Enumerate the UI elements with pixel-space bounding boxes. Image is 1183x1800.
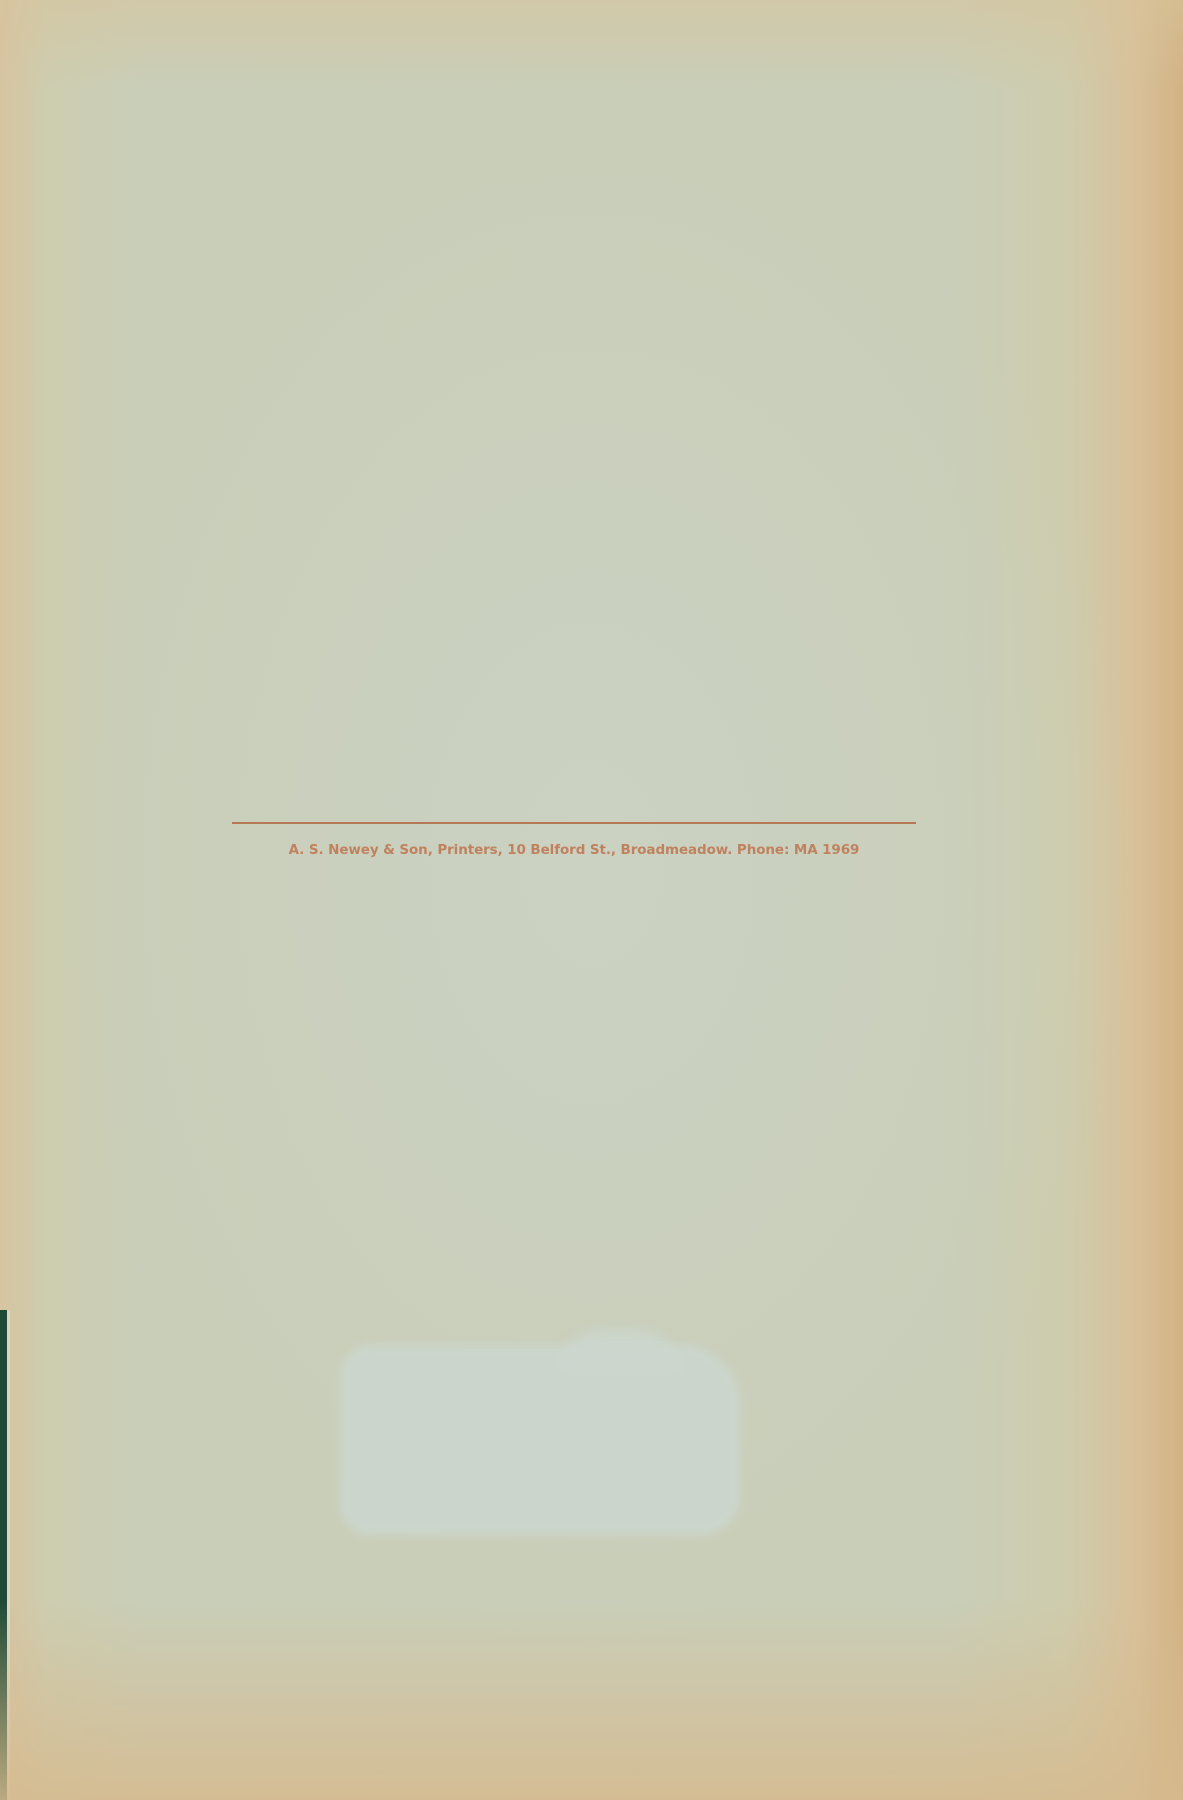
horizontal-rule: [232, 822, 916, 824]
page-edge: [7, 1310, 10, 1800]
back-cover-page: A. S. Newey & Son, Printers, 10 Belford …: [0, 0, 1183, 1800]
printer-imprint: A. S. Newey & Son, Printers, 10 Belford …: [232, 822, 916, 858]
printer-imprint-text: A. S. Newey & Son, Printers, 10 Belford …: [232, 842, 916, 858]
binding-strip: [0, 1310, 7, 1800]
paper-stain: [340, 1345, 740, 1535]
